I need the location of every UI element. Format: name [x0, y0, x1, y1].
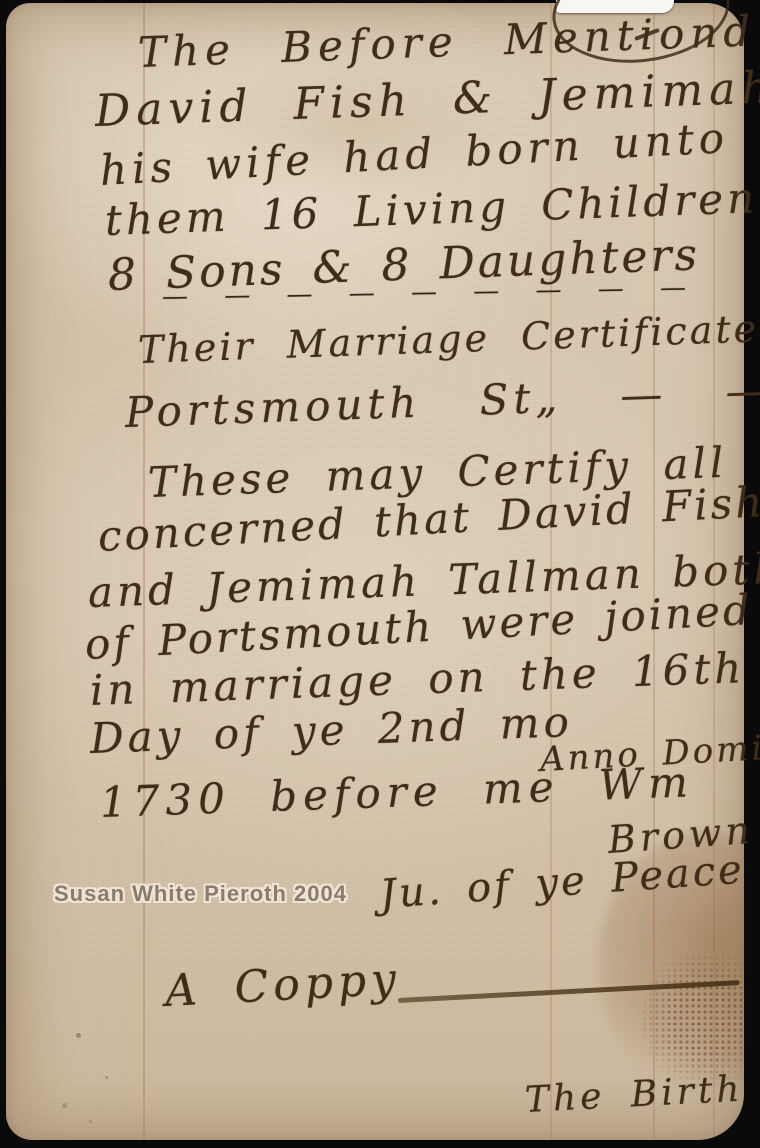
scan-background: The Before Mentiond David Fish & Jemimah… [0, 0, 760, 1148]
manuscript-content: The Before Mentiond David Fish & Jemimah… [0, 0, 760, 1148]
manuscript-line-7: Portsmouth St„ — — [124, 365, 760, 437]
manuscript-line-14: 1730 before me Wm [99, 757, 694, 827]
watermark: Susan White Pieroth 2004 [54, 881, 347, 907]
ink-rule-stroke [398, 980, 740, 1003]
manuscript-line-justice-of-peace: Ju. of ye Peace [378, 847, 746, 918]
manuscript-line-a-coppy: A Coppy [164, 954, 402, 1017]
manuscript-line-6: Their Marriage Certificate [137, 306, 760, 372]
manuscript-line-the-birth: The Birth [524, 1069, 745, 1121]
